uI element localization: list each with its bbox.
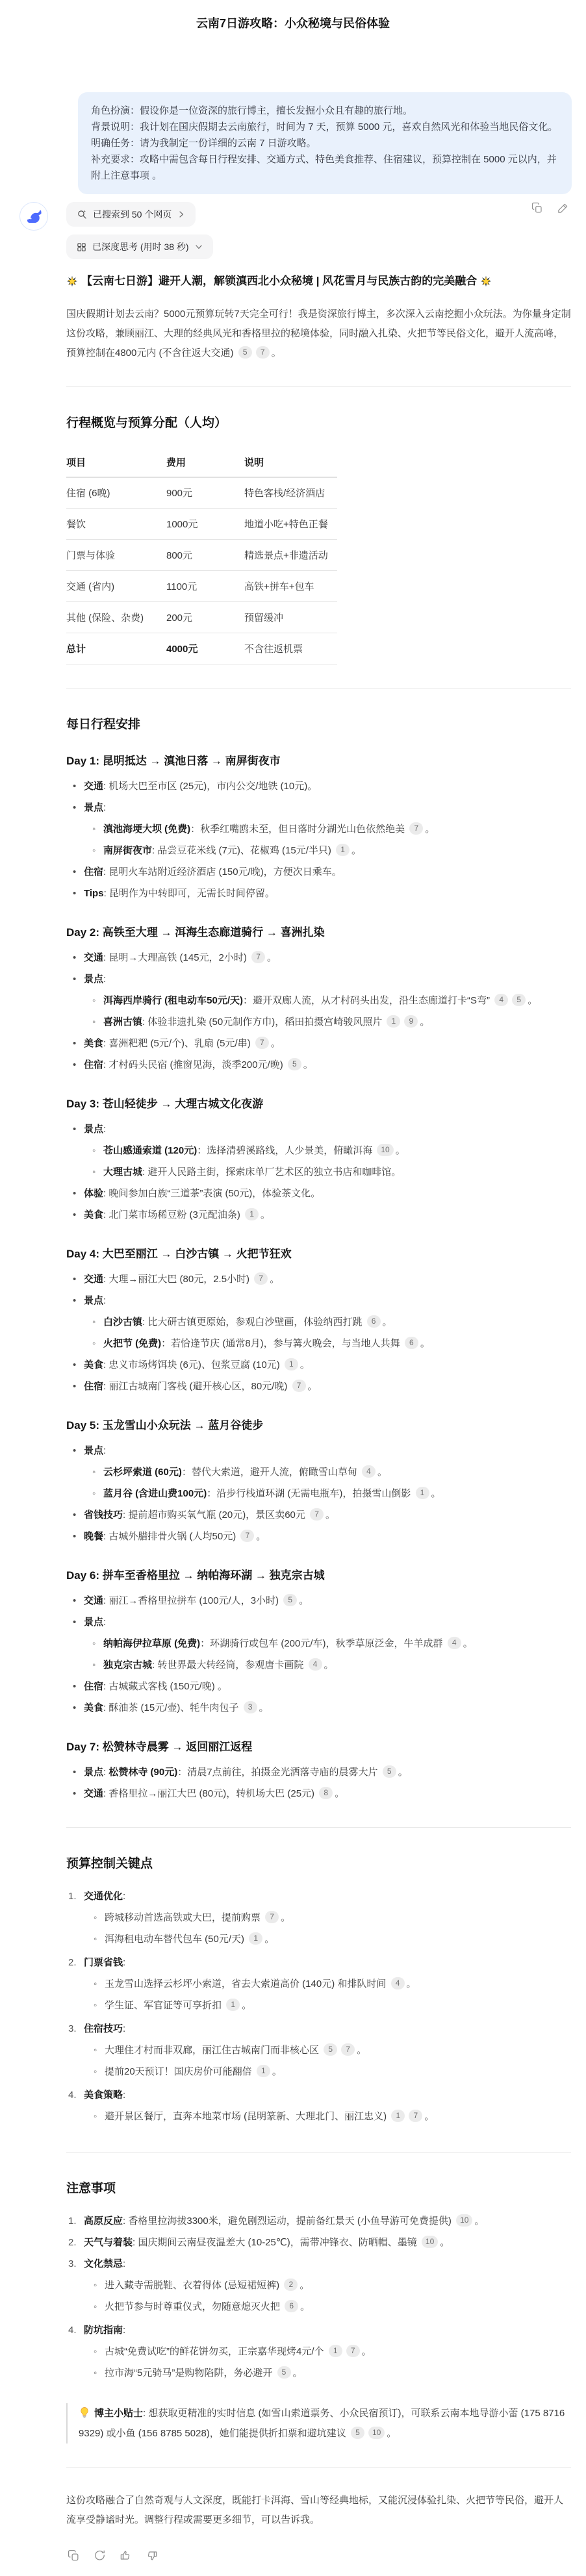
bullet-item: ◦学生证、军官证等可享折扣 1。 (84, 1996, 571, 2015)
citation-pill[interactable]: 7 (240, 1530, 254, 1542)
bullet-dot-icon: • (73, 1206, 84, 1225)
citation-pill[interactable]: 7 (341, 2043, 355, 2056)
citation-pill[interactable]: 7 (265, 1911, 279, 1923)
bullet-text: 云杉坪索道 (60元)：替代大索道，避开人流，俯瞰雪山草甸 4。 (103, 1463, 571, 1482)
bullet-text: 蓝月谷 (含进山费100元)：沿步行栈道环湖 (无需电瓶车)，拍摄雪山倒影 1。 (103, 1484, 571, 1504)
citation-pill[interactable]: 1 (329, 2345, 342, 2357)
text: 。 (299, 2280, 309, 2291)
paragraph: 国庆假期计划去云南？5000元预算玩转7天完全可行！我是资深旅行博主，多次深入云… (66, 305, 571, 363)
bullet-circle-icon: ◦ (94, 2342, 105, 2362)
citation-pill[interactable]: 1 (285, 1358, 298, 1370)
bold-text: 景点 (84, 802, 103, 813)
bullet-text: 纳帕海伊拉草原 (免费)：环湖骑行或包车 (200元/车)，秋季草原泛金，牛羊成… (103, 1634, 571, 1654)
copy-icon[interactable] (68, 2549, 80, 2562)
text: 进入藏寺需脱鞋、衣着得体 (忌短裙短裤) (105, 2280, 282, 2291)
text: : 昆明火车站附近经济酒店 (150元/晚)，方便次日乘车。 (103, 866, 342, 878)
text: ：清晨7点前往，拍摄金光洒落寺庙的晨雾大片 (177, 1767, 381, 1778)
text: 。 (398, 1767, 408, 1778)
bold-text: 苍山感通索道 (120元) (103, 1145, 197, 1156)
citation-pill[interactable]: 3 (244, 1701, 257, 1713)
numbered-item-text: 住宿技巧: (84, 2019, 571, 2039)
citation-pill[interactable]: 1 (257, 2065, 270, 2077)
bullet-circle-icon: ◦ (94, 1975, 105, 1994)
chevron-down-icon (195, 243, 203, 251)
text: 。 (377, 1467, 387, 1478)
text: 。 (425, 824, 435, 835)
bullet-item: •交通: 香格里拉→丽江大巴 (80元)，转机场大巴 (25元) 8。 (66, 1784, 571, 1804)
text: 。 (474, 2216, 484, 2227)
text: : (103, 974, 106, 985)
numbered-item-body: 防坑指南:◦古城“免费试吃”的鲜花饼勿买，正宗嘉华现烤4元/个 17。◦拉市海“… (84, 2321, 571, 2385)
divider (66, 2467, 571, 2468)
text: : 昆明作为中转即可，无需长时间停留。 (104, 888, 275, 899)
bullet-list: •交通: 大理→丽江大巴 (80元，2.5小时) 7。•景点:◦白沙古镇: 比大… (66, 1270, 571, 1396)
bold-text: 博主小贴士 (94, 2408, 143, 2419)
text: ：替代大索道，避开人流，俯瞰雪山草甸 (182, 1467, 360, 1478)
text: 。 (357, 2045, 366, 2056)
citation-pill[interactable]: 8 (319, 1787, 333, 1799)
text: : (123, 2023, 125, 2034)
section-heading: 预算控制关键点 (66, 1854, 571, 1871)
citation-pill[interactable]: 7 (409, 2110, 422, 2122)
table-cell: 1100元 (166, 571, 244, 602)
text: 。 (351, 845, 361, 856)
bullet-circle-icon: ◦ (92, 1163, 103, 1182)
citation-pill[interactable]: 7 (409, 822, 423, 835)
bullet-text: 洱海西岸骑行 (租电动车50元/天)：避开双廊人流，从才村码头出发，沿生态廊道打… (103, 991, 571, 1011)
bullet-text: 玉龙雪山选择云杉坪小索道，省去大索道高价 (140元) 和排队时间 4。 (105, 1975, 571, 1994)
bullet-dot-icon: • (73, 1591, 84, 1611)
citation-pill[interactable]: 6 (367, 1315, 381, 1328)
text: 。 (267, 952, 277, 963)
citation-pill[interactable]: 4 (362, 1465, 376, 1478)
bullet-item: ◦跨城移动首选高铁或大巴，提前购票 7。 (84, 1908, 571, 1928)
bullet-item: ◦进入藏寺需脱鞋、衣着得体 (忌短裙短裤) 2。 (84, 2276, 571, 2295)
numbered-item-body: 文化禁忌:◦进入藏寺需脱鞋、衣着得体 (忌短裙短裤) 2。◦火把节参与时尊重仪式… (84, 2254, 571, 2319)
text: 。 (463, 1638, 473, 1649)
bullet-circle-icon: ◦ (92, 1013, 103, 1032)
citation-pill[interactable]: 7 (292, 1380, 306, 1392)
text: 。 (431, 1488, 441, 1499)
citation-pill[interactable]: 6 (405, 1337, 418, 1349)
text: : 喜洲粑粑 (5元/个)、乳扇 (5元/串) (103, 1038, 253, 1049)
bold-text: 4000元 (166, 644, 197, 655)
bullet-circle-icon: ◦ (92, 1463, 103, 1482)
citation-pill[interactable]: 5 (324, 2043, 337, 2056)
text: 。 (303, 1059, 313, 1070)
citation-pill[interactable]: 6 (285, 2300, 298, 2312)
bullet-item: •交通: 大理→丽江大巴 (80元，2.5小时) 7。 (66, 1270, 571, 1289)
bold-text: 滇池海埂大坝 (免费) (103, 824, 190, 835)
page-title: 云南7日游攻略：小众秘境与民俗体验 (0, 0, 586, 31)
numbered-item-text: 高原反应: 香格里拉海拔3300米，避免剧烈运动，提前备红景天 (小鱼导游可免费… (84, 2212, 571, 2231)
bullet-item: •体验: 晚间参加白族“三道茶”表演 (50元)，体验茶文化。 (66, 1184, 571, 1204)
citation-pill[interactable]: 10 (368, 2427, 385, 2439)
bullet-item: •交通: 丽江→香格里拉拼车 (100元/人，3小时) 5。 (66, 1591, 571, 1611)
numbered-item: 3.住宿技巧:◦大理住才村而非双廊，丽江住古城南门而非核心区 57。◦提前20天… (66, 2019, 571, 2084)
bold-text: 总计 (66, 644, 86, 655)
text: : (123, 2258, 125, 2269)
bullet-text: 美食: 喜洲粑粑 (5元/个)、乳扇 (5元/串) 7。 (84, 1034, 571, 1054)
bullet-dot-icon: • (73, 1356, 84, 1375)
assistant-status-pills: 已搜索到 50 个网页 已深度思考 (用时 38 秒) (66, 202, 571, 259)
bold-text: 住宿 (84, 1059, 103, 1070)
bullet-dot-icon: • (73, 1441, 84, 1461)
bullet-text: 交通: 丽江→香格里拉拼车 (100元/人，3小时) 5。 (84, 1591, 571, 1611)
bullet-item: •住宿: 昆明火车站附近经济酒店 (150元/晚)，方便次日乘车。 (66, 863, 571, 882)
bullet-dot-icon: • (73, 863, 84, 882)
bullet-list: •交通: 丽江→香格里拉拼车 (100元/人，3小时) 5。•景点:◦纳帕海伊拉… (66, 1591, 571, 1718)
bullet-item: •美食: 北门菜市场稀豆粉 (3元配油条) 1。 (66, 1206, 571, 1225)
bullet-dot-icon: • (73, 1698, 84, 1718)
text: : 避开人民路主街，探索床单厂艺术区的独立书店和咖啡馆。 (142, 1167, 401, 1178)
list-number: 2. (66, 1953, 84, 2017)
bullet-text: 避开景区餐厅，直奔本地菜市场 (昆明篆新、大理北门、丽江忠义) 17。 (105, 2107, 571, 2127)
bullet-list: •交通: 机场大巴至市区 (25元)，市内公交/地铁 (10元)。•景点:◦滇池… (66, 777, 571, 903)
bold-text: 景点 (84, 1617, 103, 1628)
numbered-item-text: 文化禁忌: (84, 2254, 571, 2274)
bullet-circle-icon: ◦ (94, 2107, 105, 2127)
text: 跨城移动首选高铁或大巴，提前购票 (105, 1912, 263, 1923)
text: : (103, 1445, 106, 1456)
citation-pill[interactable]: 1 (245, 1208, 259, 1220)
text: 。 (242, 2000, 251, 2011)
citation-pill[interactable]: 7 (251, 951, 265, 963)
text: 。 (259, 1702, 269, 1713)
citation-pill[interactable]: 7 (256, 346, 270, 359)
bold-text: 美食 (84, 1209, 103, 1220)
numbered-item-body: 高原反应: 香格里拉海拔3300米，避免剧烈运动，提前备红景天 (小鱼导游可免费… (84, 2212, 571, 2231)
bullet-circle-icon: ◦ (94, 2041, 105, 2060)
assistant-avatar (19, 202, 48, 231)
citation-pill[interactable]: 5 (383, 1765, 396, 1778)
bullet-text: 独克宗古城: 转世界最大转经筒，参观唐卡画院 4。 (103, 1656, 571, 1675)
bullet-text: 跨城移动首选高铁或大巴，提前购票 7。 (105, 1908, 571, 1928)
bullet-dot-icon: • (73, 970, 84, 989)
bullet-circle-icon: ◦ (92, 841, 103, 861)
text: 。 (324, 1660, 334, 1671)
bold-text: 住宿 (84, 1381, 103, 1392)
bullet-dot-icon: • (73, 1506, 84, 1525)
star-burst-icon (480, 275, 492, 287)
citation-pill[interactable]: 4 (391, 1977, 405, 1989)
bullet-list: •景点:◦云杉坪索道 (60元)：替代大索道，避开人流，俯瞰雪山草甸 4。◦蓝月… (66, 1441, 571, 1547)
bullet-text: 晚餐: 古城外腊排骨火锅 (人均50元) 7。 (84, 1527, 571, 1547)
bullet-dot-icon: • (73, 1120, 84, 1139)
day-heading: Day 3: 苍山轻徒步 → 大理古城文化夜游 (66, 1094, 571, 1111)
day-heading: Day 5: 玉龙雪山小众玩法 → 蓝月谷徒步 (66, 1416, 571, 1432)
citation-pill[interactable]: 4 (309, 1658, 322, 1671)
list-number: 1. (66, 2212, 84, 2231)
text: : 丽江→香格里拉拼车 (100元/人，3小时) (103, 1595, 281, 1606)
table-cell: 1000元 (166, 509, 244, 540)
text: 。 (299, 1595, 309, 1606)
citation-pill[interactable]: 10 (422, 2236, 438, 2248)
text: 学生证、军官证等可享折扣 (105, 2000, 224, 2011)
lightbulb-icon (79, 2408, 94, 2419)
bullet-item: •住宿: 古城藏式客栈 (150元/晚) 。 (66, 1677, 571, 1697)
numbered-list: 1.高原反应: 香格里拉海拔3300米，避免剧烈运动，提前备红景天 (小鱼导游可… (66, 2212, 571, 2385)
numbered-item-text: 天气与着装: 国庆期间云南昼夜温差大 (10-25℃)，需带冲锋衣、防晒帽、墨镜… (84, 2233, 571, 2253)
bold-text: 景点 (84, 1767, 103, 1778)
text: : (123, 2090, 125, 2101)
table-cell: 地道小吃+特色正餐 (244, 509, 337, 540)
numbered-item: 2.天气与着装: 国庆期间云南昼夜温差大 (10-25℃)，需带冲锋衣、防晒帽、… (66, 2233, 571, 2253)
bullet-text: 交通: 机场大巴至市区 (25元)，市内公交/地铁 (10元)。 (84, 777, 571, 796)
thumbs-down-icon[interactable] (146, 2549, 158, 2562)
bullet-text: 景点: (84, 1120, 571, 1139)
bullet-dot-icon: • (73, 1034, 84, 1054)
text: 。 (264, 1934, 274, 1945)
bullet-item: ◦白沙古镇: 比大研古镇更原始，参观白沙壁画，体验纳西打跳 6。 (66, 1313, 571, 1332)
text: 。 (420, 1017, 429, 1028)
text: : (103, 1617, 106, 1628)
bullet-dot-icon: • (73, 1291, 84, 1311)
text: : 转世界最大转经筒，参观唐卡画院 (152, 1660, 307, 1671)
bullet-text: 景点: 松赞林寺 (90元)：清晨7点前往，拍摄金光洒落寺庙的晨雾大片 5。 (84, 1763, 571, 1782)
text: ：避开双廊人流，从才村码头出发，沿生态廊道打卡“S弯” (243, 995, 492, 1006)
bullet-circle-icon: ◦ (92, 1484, 103, 1504)
citation-pill[interactable]: 10 (377, 1144, 393, 1156)
divider (66, 2152, 571, 2153)
text: 大理住才村而非双廊，丽江住古城南门而非核心区 (105, 2045, 322, 2056)
bullet-item: ◦独克宗古城: 转世界最大转经筒，参观唐卡画院 4。 (66, 1656, 571, 1675)
numbered-item-text: 防坑指南: (84, 2321, 571, 2340)
section-heading: 每日行程安排 (66, 714, 571, 732)
bullet-text: 住宿: 才村码头民宿 (推窗见海，淡季200元/晚) 5。 (84, 1055, 571, 1075)
bullet-item: •交通: 昆明→大理高铁 (145元，2小时) 7。 (66, 948, 571, 968)
bullet-list: •交通: 昆明→大理高铁 (145元，2小时) 7。•景点:◦洱海西岸骑行 (租… (66, 948, 571, 1075)
text: : 昆明→大理高铁 (145元，2小时) (103, 952, 249, 963)
bullet-text: 交通: 香格里拉→丽江大巴 (80元)，转机场大巴 (25元) 8。 (84, 1784, 571, 1804)
search-results-pill[interactable]: 已搜索到 50 个网页 (66, 202, 196, 227)
citation-pill[interactable]: 1 (336, 844, 350, 856)
bullet-item: •美食: 忠义市场烤饵块 (6元)、包浆豆腐 (10元) 1。 (66, 1356, 571, 1375)
text: : 才村码头民宿 (推窗见海，淡季200元/晚) (103, 1059, 286, 1070)
list-number: 4. (66, 2086, 84, 2128)
citation-pill[interactable]: 2 (284, 2279, 298, 2291)
text: : (123, 1957, 125, 1968)
table-header-cell: 说明 (244, 448, 337, 477)
bullet-circle-icon: ◦ (92, 1313, 103, 1332)
citation-pill[interactable]: 5 (238, 346, 252, 359)
text: 。 (261, 1209, 270, 1220)
bold-text: 高原反应 (84, 2216, 123, 2227)
table-cell: 预留缓冲 (244, 602, 337, 633)
table-cell: 900元 (166, 477, 244, 509)
bullet-item: •景点: (66, 798, 571, 818)
bullet-circle-icon: ◦ (92, 1334, 103, 1354)
citation-pill[interactable]: 5 (351, 2427, 364, 2439)
bullet-text: 大理住才村而非双廊，丽江住古城南门而非核心区 57。 (105, 2041, 571, 2060)
bullet-item: •美食: 喜洲粑粑 (5元/个)、乳扇 (5元/串) 7。 (66, 1034, 571, 1054)
citation-pill[interactable]: 1 (226, 1999, 240, 2011)
bullet-item: ◦火把节 (免费)：若恰逢节庆 (通常8月)，参与篝火晚会，与当地人共舞 6。 (66, 1334, 571, 1354)
numbered-item: 3.文化禁忌:◦进入藏寺需脱鞋、衣着得体 (忌短裙短裤) 2。◦火把节参与时尊重… (66, 2254, 571, 2319)
chevron-right-icon (177, 210, 185, 218)
bullet-circle-icon: ◦ (92, 820, 103, 839)
text: 古城“免费试吃”的鲜花饼勿买，正宗嘉华现烤4元/个 (105, 2346, 327, 2357)
copy-icon[interactable] (531, 202, 543, 214)
citation-pill[interactable]: 7 (255, 1037, 269, 1049)
text: : 古城藏式客栈 (150元/晚) 。 (103, 1681, 227, 1692)
citation-pill[interactable]: 1 (249, 1932, 262, 1945)
citation-pill[interactable]: 5 (288, 1058, 301, 1070)
table-row: 住宿 (6晚)900元特色客栈/经济酒店 (66, 477, 337, 509)
search-icon (77, 209, 87, 220)
list-number: 1. (66, 1887, 84, 1951)
edit-icon[interactable] (557, 202, 569, 214)
bold-text: 门票省钱 (84, 1957, 123, 1968)
bullet-text: 进入藏寺需脱鞋、衣着得体 (忌短裙短裤) 2。 (105, 2276, 571, 2295)
user-message-line: 补充要求：攻略中需包含每日行程安排、交通方式、特色美食推荐、住宿建议，预算控制在… (91, 151, 559, 184)
bullet-text: 住宿: 丽江古城南门客栈 (避开核心区，80元/晚) 7。 (84, 1377, 571, 1396)
citation-pill[interactable]: 7 (346, 2345, 360, 2357)
bullet-item: ◦火把节参与时尊重仪式，勿随意熄灭火把 6。 (84, 2297, 571, 2317)
regenerate-icon[interactable] (94, 2549, 106, 2562)
budget-table: 项目费用说明住宿 (6晚)900元特色客栈/经济酒店餐饮1000元地道小吃+特色… (66, 448, 337, 664)
numbered-item-text: 交通优化: (84, 1887, 571, 1906)
bold-text: 天气与着装 (84, 2237, 133, 2248)
bullet-circle-icon: ◦ (94, 1930, 105, 1949)
bullet-text: 美食: 北门菜市场稀豆粉 (3元配油条) 1。 (84, 1206, 571, 1225)
bold-text: 美食策略 (84, 2090, 123, 2101)
bullet-dot-icon: • (73, 1055, 84, 1075)
bullet-circle-icon: ◦ (94, 2364, 105, 2383)
bullet-text: 美食: 酥油茶 (15元/壶)、牦牛肉包子 3。 (84, 1698, 571, 1718)
bold-text: 松赞林寺 (90元) (108, 1767, 177, 1778)
bullet-text: 南屏街夜市: 品尝豆花米线 (7元)、花椒鸡 (15元/半只) 1。 (103, 841, 571, 861)
bullet-text: 景点: (84, 1441, 571, 1461)
citation-pill[interactable]: 5 (277, 2366, 291, 2379)
citation-pill[interactable]: 1 (416, 1487, 429, 1499)
text: : 晚间参加白族“三道茶”表演 (50元)，体验茶文化。 (103, 1188, 320, 1199)
bullet-item: •景点: (66, 970, 571, 989)
divider (66, 688, 571, 688)
bold-text: 交通优化 (84, 1891, 123, 1902)
bullet-text: 交通: 大理→丽江大巴 (80元，2.5小时) 7。 (84, 1270, 571, 1289)
text: 。 (335, 1788, 344, 1799)
bold-text: 蓝月谷 (含进山费100元) (103, 1488, 207, 1499)
bullet-item: ◦拉市海“5元骑马”是购物陷阱，务必避开 5。 (84, 2364, 571, 2383)
bullet-text: 交通: 昆明→大理高铁 (145元，2小时) 7。 (84, 948, 571, 968)
text: : (123, 1891, 125, 1902)
user-turn: 角色扮演：假设你是一位资深的旅行博主，擅长发掘小众且有趣的旅行地。 背景说明：我… (0, 92, 586, 194)
deep-think-pill-label: 已深度思考 (用时 38 秒) (92, 240, 189, 253)
bold-text: 交通 (84, 1595, 103, 1606)
text: : 机场大巴至市区 (25元)，市内公交/地铁 (10元)。 (103, 781, 317, 792)
text: 。 (528, 995, 537, 1006)
section-heading: 注意事项 (66, 2178, 571, 2196)
bullet-circle-icon: ◦ (94, 2276, 105, 2295)
text: ：若恰逢节庆 (通常8月)，参与篝火晚会，与当地人共舞 (161, 1338, 403, 1349)
citation-pill[interactable]: 4 (494, 994, 508, 1006)
bold-text: 景点 (84, 1295, 103, 1306)
numbered-item-body: 住宿技巧:◦大理住才村而非双廊，丽江住古城南门而非核心区 57。◦提前20天预订… (84, 2019, 571, 2084)
bullet-circle-icon: ◦ (94, 1996, 105, 2015)
bullet-item: ◦大理古城: 避开人民路主街，探索床单厂艺术区的独立书店和咖啡馆。 (66, 1163, 571, 1182)
citation-pill[interactable]: 5 (283, 1594, 297, 1606)
bullet-item: •景点: (66, 1120, 571, 1139)
whale-logo-icon (25, 208, 43, 225)
table-row: 总计4000元不含往返机票 (66, 633, 337, 664)
text: : 想获取更精准的实时信息 (如雪山索道票务、小众民宿预订)，可联系云南本地导游… (79, 2408, 565, 2439)
bold-text: 洱海西岸骑行 (租电动车50元/天) (103, 995, 243, 1006)
section-heading: 行程概览与预算分配（人均） (66, 413, 571, 431)
citation-pill[interactable]: 9 (404, 1015, 418, 1028)
text: 。 (270, 1274, 279, 1285)
text: 。 (293, 2368, 303, 2379)
text: : (103, 802, 106, 813)
bullet-text: 体验: 晚间参加白族“三道茶”表演 (50元)，体验茶文化。 (84, 1184, 571, 1204)
bullet-item: •景点: 松赞林寺 (90元)：清晨7点前往，拍摄金光洒落寺庙的晨雾大片 5。 (66, 1763, 571, 1782)
bullet-text: 景点: (84, 970, 571, 989)
numbered-item-body: 美食策略:◦避开景区餐厅，直奔本地菜市场 (昆明篆新、大理北门、丽江忠义) 17… (84, 2086, 571, 2128)
list-number: 3. (66, 2254, 84, 2319)
citation-pill[interactable]: 1 (391, 2110, 405, 2122)
response-headline: 【云南七日游】避开人潮，解锁滇西北小众秘境 | 风花雪月与民族古韵的完美融合 (66, 273, 571, 289)
deep-think-pill[interactable]: 已深度思考 (用时 38 秒) (66, 234, 213, 259)
text: ：选择清碧溪路线，人少景美，俯瞰洱海 (197, 1145, 375, 1156)
bullet-item: •美食: 酥油茶 (15元/壶)、牦牛肉包子 3。 (66, 1698, 571, 1718)
bullet-item: ◦玉龙雪山选择云杉坪小索道，省去大索道高价 (140元) 和排队时间 4。 (84, 1975, 571, 1994)
text: 。 (281, 1912, 290, 1923)
bullet-text: 省钱技巧: 提前超市购买氧气瓶 (20元)，景区卖60元 7。 (84, 1506, 571, 1525)
list-number: 2. (66, 2233, 84, 2253)
bullet-dot-icon: • (73, 1270, 84, 1289)
citation-pill[interactable]: 10 (456, 2214, 472, 2227)
bullet-item: ◦避开景区餐厅，直奔本地菜市场 (昆明篆新、大理北门、丽江忠义) 17。 (84, 2107, 571, 2127)
bullet-item: ◦苍山感通索道 (120元)：选择清碧溪路线，人少景美，俯瞰洱海 10。 (66, 1141, 571, 1161)
text: : (103, 1295, 106, 1306)
day-heading: Day 4: 大巴至丽江 → 白沙古镇 → 火把节狂欢 (66, 1244, 571, 1261)
text: 。 (300, 2301, 310, 2312)
bullet-item: ◦提前20天预订！国庆房价可能翻倍 1。 (84, 2062, 571, 2082)
assistant-response: 【云南七日游】避开人潮，解锁滇西北小众秘境 | 风花雪月与民族古韵的完美融合国庆… (66, 273, 571, 2530)
bullet-circle-icon: ◦ (92, 991, 103, 1011)
bullet-dot-icon: • (73, 1184, 84, 1204)
text: 。 (383, 1317, 392, 1328)
citation-pill[interactable]: 7 (254, 1272, 268, 1285)
text: 国庆假期计划去云南？5000元预算玩转7天完全可行！我是资深旅行博主，多次深入云… (66, 309, 571, 359)
bold-text: 交通 (84, 952, 103, 963)
budget-table-head: 项目费用说明 (66, 448, 337, 477)
bullet-item: ◦大理住才村而非双廊，丽江住古城南门而非核心区 57。 (84, 2041, 571, 2060)
bullet-circle-icon: ◦ (92, 1634, 103, 1654)
citation-pill[interactable]: 7 (310, 1508, 324, 1521)
bullet-dot-icon: • (73, 798, 84, 818)
text: ：环湖骑行或包车 (200元/车)，秋季草原泛金，牛羊成群 (200, 1638, 446, 1649)
citation-pill[interactable]: 5 (512, 994, 526, 1006)
table-cell: 其他 (保险、杂费) (66, 602, 166, 633)
table-row: 门票与体验800元精选景点+非遗活动 (66, 540, 337, 571)
table-cell: 高铁+拼车+包车 (244, 571, 337, 602)
bullet-text: 景点: (84, 1291, 571, 1311)
text: 。 (256, 1531, 266, 1542)
bullet-circle-icon: ◦ (94, 2062, 105, 2082)
table-cell: 不含往返机票 (244, 633, 337, 664)
thumbs-up-icon[interactable] (120, 2549, 132, 2562)
bullet-dot-icon: • (73, 1784, 84, 1804)
text: : (123, 2325, 125, 2336)
bullet-item: •景点: (66, 1291, 571, 1311)
citation-pill[interactable]: 4 (448, 1637, 461, 1649)
citation-pill[interactable]: 1 (387, 1015, 400, 1028)
table-cell: 精选景点+非遗活动 (244, 540, 337, 571)
numbered-item: 1.交通优化:◦跨城移动首选高铁或大巴，提前购票 7。◦洱海租电动车替代包车 (… (66, 1887, 571, 1951)
bold-text: 云杉坪索道 (60元) (103, 1467, 182, 1478)
text: 。 (440, 2237, 450, 2248)
